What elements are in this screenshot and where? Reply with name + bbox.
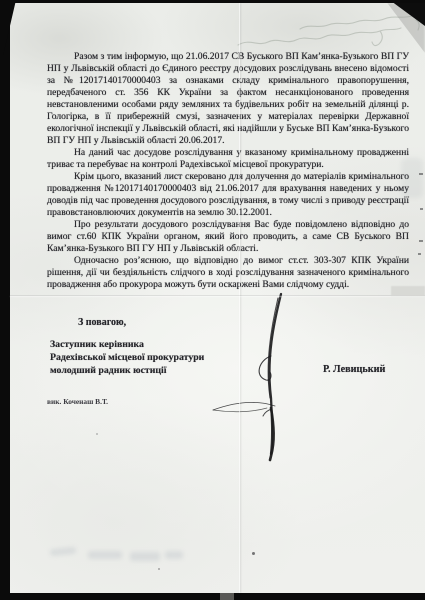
bleedthrough-writing-smudge [165,551,183,559]
body-paragraph-1: Разом з тим інформую, що 21.06.2017 СВ Б… [47,51,409,147]
signer-title-line-3: молодший радник юстиції [50,365,204,378]
executor-note: вик. Коченаш В.Т. [47,397,108,406]
bleedthrough-writing-smudge [88,551,122,559]
signer-title-line-2: Радехівської місцевої прокуратури [50,352,204,365]
scan-speck [96,433,98,435]
scan-edge-mark [419,173,423,175]
bleedthrough-writing-smudge [50,547,77,557]
fold-crease-vertical [239,3,240,593]
scan-speck [252,552,255,555]
scan-edge-mark [420,208,423,210]
letter-body: Разом з тим інформую, що 21.06.2017 СВ Б… [47,51,409,291]
fold-shadow-right [391,286,425,296]
scan-speck [158,568,160,570]
scanned-document-page: Разом з тим інформую, що 21.06.2017 СВ Б… [0,0,425,600]
signer-name: Р. Левицький [323,364,385,375]
scan-edge-mark [419,240,423,242]
body-paragraph-4: Про результати досудового розслідування … [47,219,409,255]
signer-title-line-1: Заступник керівника [50,339,204,352]
signature-ink [205,286,300,466]
body-paragraph-3: Крім цього, вказаний лист скеровано для … [47,171,409,219]
ink-bleed-smudge [401,158,423,198]
bleedthrough-writing-smudge [130,552,160,561]
fold-crease-horizontal [10,295,425,296]
paper-sheet: Разом з тим інформую, що 21.06.2017 СВ Б… [10,3,425,593]
closing-salutation: З повагою, [78,317,126,328]
signer-title-block: Заступник керівника Радехівської місцево… [50,339,204,377]
body-paragraph-2: На даний час досудове розслідування у вк… [47,147,409,171]
scanner-edge-bottom-gap [220,593,234,600]
scan-edge-mark [418,253,421,255]
